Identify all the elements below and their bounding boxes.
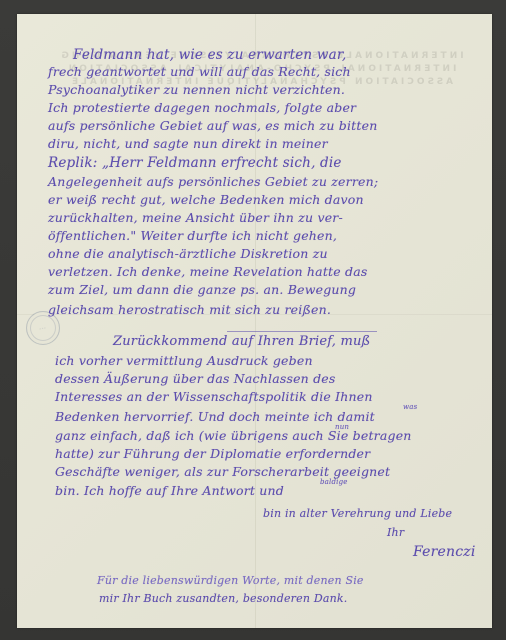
letter-line: aufs persönliche Gebiet auf was, es mich…: [48, 118, 377, 133]
correction-note: was: [403, 403, 417, 411]
letter-line: verletzen. Ich denke, meine Revelation h…: [48, 264, 368, 279]
letter-line: zurückhalten, meine Ansicht über ihn zu …: [48, 210, 343, 225]
letter-line: ganz einfach, daß ich (wie übrigens auch…: [55, 428, 412, 443]
letter-line: ich vorher vermittlung Ausdruck geben: [55, 353, 313, 368]
letter-line: Psychoanalytiker zu nennen nicht verzich…: [48, 82, 345, 97]
letter-line: Ich protestierte dagegen nochmals, folgt…: [48, 100, 356, 115]
ink-overline: [227, 331, 377, 332]
letter-line: Feldmann hat, wie es zu erwarten war,: [73, 47, 346, 63]
letter-line: diru, nicht, und sagte nun direkt in mei…: [48, 136, 328, 151]
letter-line: Zurückkommend auf Ihren Brief, muß: [113, 334, 370, 349]
letter-line: ohne die analytisch-ärztliche Diskretion…: [48, 246, 328, 261]
closing-line: bin in alter Verehrung und Liebe: [263, 507, 452, 520]
letter-line: frech geantwortet und will auf das Recht…: [48, 64, 351, 79]
stamp-label: ◦◦◦: [39, 325, 47, 331]
closing-ihr: Ihr: [387, 526, 404, 539]
letter-line: Angelegenheit aufs persönliches Gebiet z…: [48, 174, 378, 189]
correction-note: baldige: [320, 478, 348, 486]
letter-line: dessen Äußerung über das Nachlassen des: [55, 371, 336, 386]
signature: Ferenczi: [413, 544, 476, 560]
postscript-line: Für die liebenswürdigen Worte, mit denen…: [97, 574, 364, 587]
letter-line: zum Ziel, um dann die ganze ps. an. Bewe…: [48, 282, 356, 297]
letter-line: Replik: „Herr Feldmann erfrecht sich, di…: [48, 155, 342, 171]
letter-line: bin. Ich hoffe auf Ihre Antwort und: [55, 483, 284, 498]
letter-line: er weiß recht gut, welche Bedenken mich …: [48, 192, 364, 207]
letter-line: hatte) zur Führung der Diplomatie erford…: [55, 446, 370, 461]
letter-line: Bedenken hervorrief. Und doch meinte ich…: [55, 409, 375, 424]
postscript-line: mir Ihr Buch zusandten, besonderen Dank.: [99, 592, 347, 605]
letter-page: INTERNATIONALE PSYCHOANALYTISCHE VEREINI…: [17, 14, 492, 628]
letter-line: öffentlichen." Weiter durfte ich nicht g…: [48, 228, 337, 243]
letter-line: Geschäfte weniger, als zur Forscherarbei…: [55, 464, 390, 479]
letter-line: gleichsam herostratisch mit sich zu reiß…: [48, 302, 331, 317]
letter-line: Interesses an der Wissenschaftspolitik d…: [55, 389, 373, 404]
